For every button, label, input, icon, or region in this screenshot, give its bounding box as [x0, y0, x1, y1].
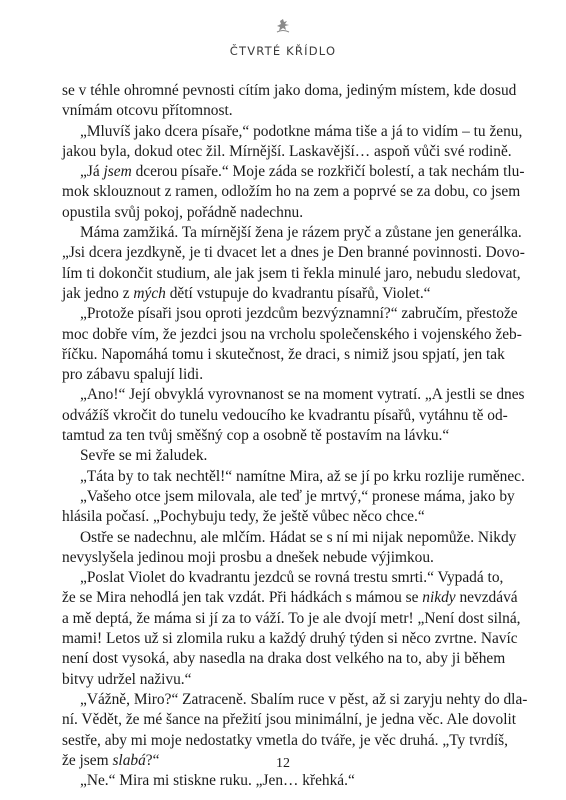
text-line: „Protože písaři jsou oproti jezdcům bezv… [62, 304, 488, 324]
text-line: odvážíš vkročit do tunelu vedoucího ke k… [62, 406, 488, 426]
text-line: sestře, aby mi moje nedostatky vmetla do… [62, 731, 488, 751]
text-line: že se Mira nehodlá jen tak vzdát. Při há… [62, 588, 488, 608]
text-line: se v téhle ohromné pevnosti cítím jako d… [62, 81, 488, 101]
text-line: bitvy udržel naživu.“ [62, 670, 488, 690]
dragon-icon [274, 18, 292, 34]
text-line: ní. Vědět, že mé šance na přežití jsou m… [62, 710, 488, 730]
text-line: mami! Letos už si zlomila ruku a každý d… [62, 629, 488, 649]
book-page: ČTVRTÉ KŘÍDLO se v téhle ohromné pevnost… [0, 0, 566, 800]
text-line: „Mluvíš jako dcera písaře,“ podotkne mám… [62, 122, 488, 142]
text-line: „Ano!“ Její obvyklá vyrovnanost se na mo… [62, 385, 488, 405]
text-line: tamtud za ten tvůj směšný cop a osobně t… [62, 426, 488, 446]
text-line: jak jedno z mých dětí vstupuje do kvadra… [62, 284, 488, 304]
text-line: hlásila počasí. „Pochybuju tedy, že ješt… [62, 507, 488, 527]
page-number: 12 [0, 756, 566, 772]
body-text: se v téhle ohromné pevnosti cítím jako d… [62, 81, 488, 791]
text-line: říčku. Napomáhá tomu i skutečnost, že dr… [62, 345, 488, 365]
text-line: mok sklouznout z ramen, odložím ho na ze… [62, 182, 488, 202]
text-line: „Vašeho otce jsem milovala, ale teď je m… [62, 487, 488, 507]
text-line: „Vážně, Miro?“ Zatraceně. Sbalím ruce v … [62, 690, 488, 710]
text-line: „Jsi dcera jezdkyně, je ti dvacet let a … [62, 243, 488, 263]
text-line: „Ne.“ Mira mi stiskne ruku. „Jen… křehká… [62, 771, 488, 791]
text-line: není dost vysoká, aby nasedla na draka d… [62, 649, 488, 669]
text-line: vnímám otcovu přítomnost. [62, 101, 488, 121]
text-line: opustila svůj pokoj, pořádně nadechnu. [62, 203, 488, 223]
text-line: „Táta by to tak nechtěl!“ namítne Mira, … [62, 467, 488, 487]
text-line: „Já jsem dcerou písaře.“ Moje záda se ro… [62, 162, 488, 182]
text-line: Ostře se nadechnu, ale mlčím. Hádat se s… [62, 528, 488, 548]
running-head-title: ČTVRTÉ KŘÍDLO [0, 44, 566, 58]
emphasis: nikdy [422, 589, 455, 606]
emphasis: mých [133, 285, 165, 302]
text-line: „Poslat Violet do kvadrantu jezdců se ro… [62, 568, 488, 588]
text-line: pro zábavu spalují lidi. [62, 365, 488, 385]
emphasis: jsem [104, 163, 132, 180]
text-line: lím ti dokončit studium, ale jak jsem ti… [62, 264, 488, 284]
text-line: Máma zamžiká. Ta mírnější žena je rázem … [62, 223, 488, 243]
text-line: Sevře se mi žaludek. [62, 446, 488, 466]
text-line: jakou byla, dokud otec žil. Mírnější. La… [62, 142, 488, 162]
text-line: a mě deptá, že máma si jí za to váží. To… [62, 609, 488, 629]
text-line: moc dobře vím, že jezdci jsou na vrcholu… [62, 325, 488, 345]
text-line: nevyslyšela jedinou moji prosbu a dnešek… [62, 548, 488, 568]
